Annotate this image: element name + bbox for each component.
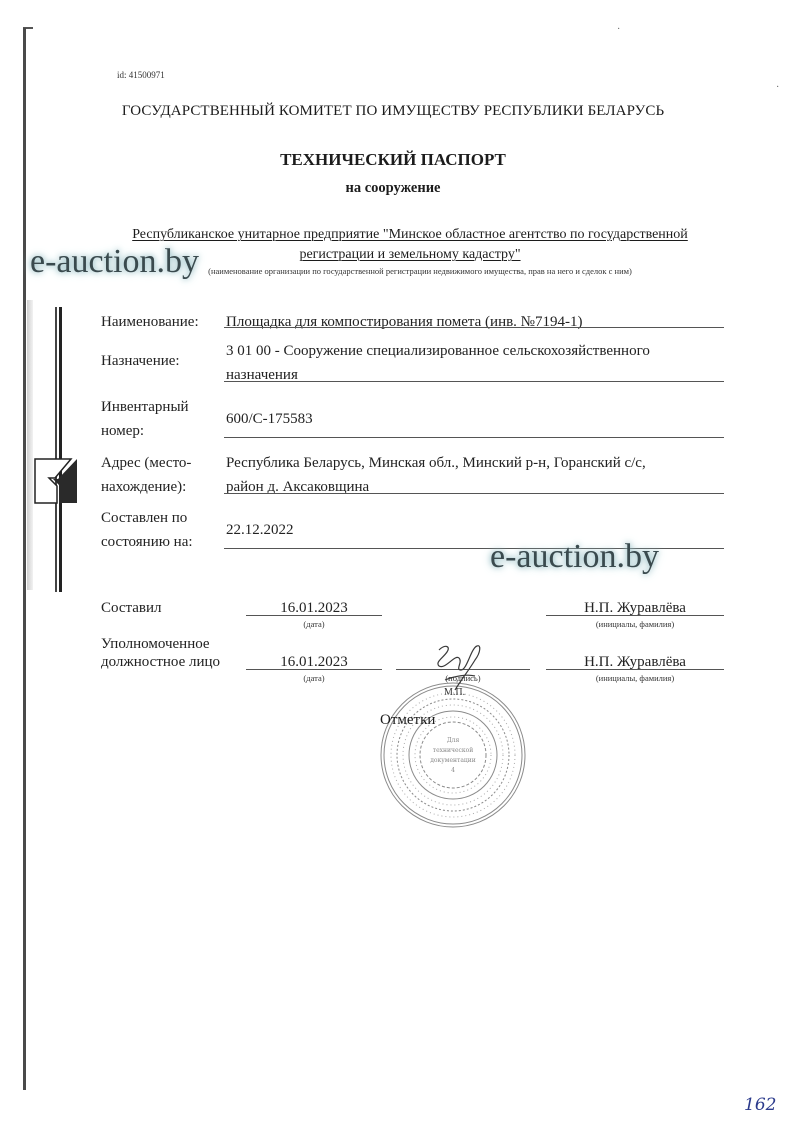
svg-text:Для: Для <box>447 737 460 744</box>
authorized-label-line-1: Уполномоченное <box>101 634 210 654</box>
notes-heading: Отметки <box>380 712 435 729</box>
purpose-value-line-1: 3 01 00 - Сооружение специализированное … <box>226 340 650 363</box>
organization-line-2: регистрации и земельному кадастру" <box>299 247 520 262</box>
compiled-name-caption: (инициалы, фамилия) <box>546 619 724 629</box>
as-of-label-line-2: состоянию на: <box>101 531 193 554</box>
scan-speck: · <box>776 82 779 93</box>
compiled-date: 16.01.2023 <box>246 597 382 620</box>
inventory-value: 600/С-175583 <box>226 408 313 431</box>
compiled-date-caption: (дата) <box>246 619 382 629</box>
svg-text:4: 4 <box>451 767 455 774</box>
address-value-line-2: район д. Аксаковщина <box>226 476 369 499</box>
inventory-label-line-2: номер: <box>101 420 144 443</box>
svg-text:документации: документации <box>430 757 476 764</box>
seal-placeholder-label: М.П. <box>444 687 465 698</box>
as-of-label-line-1: Составлен по <box>101 507 187 530</box>
compiled-by-label: Составил <box>101 597 162 620</box>
name-value: Площадка для компостирования помета (инв… <box>226 311 582 334</box>
authorized-name-caption: (инициалы, фамилия) <box>546 673 724 683</box>
as-of-value: 22.12.2022 <box>226 519 294 542</box>
organization-line-1: Республиканское унитарное предприятие "М… <box>132 227 688 242</box>
name-underline <box>224 327 724 328</box>
agency-logo-icon <box>34 458 78 504</box>
committee-heading: ГОСУДАРСТВЕННЫЙ КОМИТЕТ ПО ИМУЩЕСТВУ РЕС… <box>0 103 786 120</box>
authorized-date: 16.01.2023 <box>246 651 382 674</box>
address-label-line-1: Адрес (место- <box>101 452 191 475</box>
address-value-line-1: Республика Беларусь, Минская обл., Минск… <box>226 452 646 475</box>
svg-text:технической: технической <box>433 747 474 754</box>
scan-shadow <box>27 300 33 590</box>
purpose-value-line-2: назначения <box>226 364 298 387</box>
address-underline <box>224 493 724 494</box>
inventory-label-line-1: Инвентарный <box>101 396 189 419</box>
svg-text:162: 162 <box>744 1095 776 1115</box>
inner-rule-right <box>59 307 62 592</box>
purpose-underline <box>224 381 724 382</box>
inventory-underline <box>224 437 724 438</box>
document-id: id: 41500971 <box>117 70 165 80</box>
authorized-name-underline <box>546 669 724 670</box>
scan-speck: · <box>617 24 620 35</box>
page-subtitle: на сооружение <box>0 180 786 197</box>
authorized-date-caption: (дата) <box>246 673 382 683</box>
name-label: Наименование: <box>101 311 199 334</box>
official-seal-icon: Для технической документации 4 <box>378 680 528 830</box>
authorized-name: Н.П. Журавлёва <box>546 651 724 674</box>
compiled-name-underline <box>546 615 724 616</box>
inner-rule-left <box>55 307 57 592</box>
issuing-organization: Республиканское унитарное предприятие "М… <box>110 225 710 265</box>
compiled-name: Н.П. Журавлёва <box>546 597 724 620</box>
address-label-line-2: нахождение): <box>101 476 186 499</box>
organization-caption: (наименование организации по государстве… <box>140 266 700 276</box>
page-title: ТЕХНИЧЕСКИЙ ПАСПОРТ <box>0 150 786 170</box>
authorized-label-line-2: должностное лицо <box>101 652 220 672</box>
watermark: e-auction.by <box>30 243 199 281</box>
purpose-label: Назначение: <box>101 350 180 373</box>
watermark: e-auction.by <box>490 538 659 576</box>
authorized-date-underline <box>246 669 382 670</box>
compiled-date-underline <box>246 615 382 616</box>
handwritten-page-number-icon: 162 <box>742 1090 782 1115</box>
